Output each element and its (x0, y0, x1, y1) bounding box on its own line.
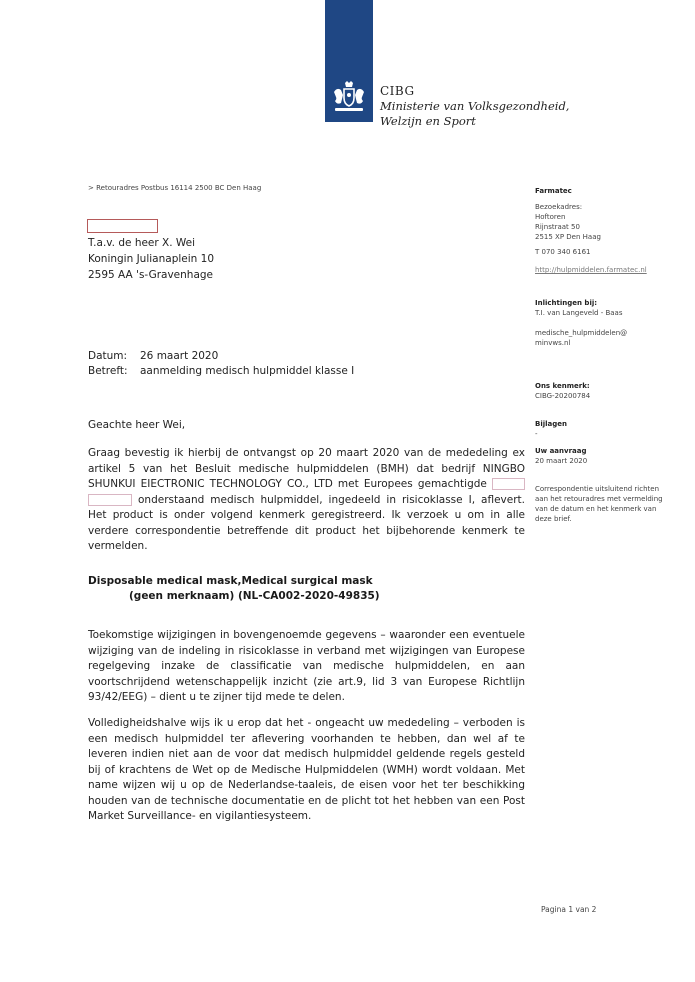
reference-value: CIBG-20200784 (535, 391, 685, 401)
addressee-attention: T.a.v. de heer X. Wei (88, 235, 214, 251)
paragraph-confirmation-part2: onderstaand medisch hulpmiddel, ingedeel… (88, 494, 525, 553)
date-value: 26 maart 2020 (140, 349, 218, 364)
redacted-representative (492, 478, 525, 490)
info-name: T.I. van Langeveld - Baas (535, 308, 685, 318)
attachments-value: - (535, 429, 685, 439)
ministry-logo-bar (325, 0, 373, 122)
sidebar-department: Farmatec Bezoekadres: Hoftoren Rijnstraa… (535, 186, 685, 275)
visit-address-label: Bezoekadres: (535, 202, 685, 212)
redacted-representative-cont (88, 494, 132, 506)
request-value: 20 maart 2020 (535, 456, 685, 466)
product-registration: Disposable medical mask,Medical surgical… (88, 574, 380, 604)
paragraph-legal-notice: Volledigheidshalve wijs ik u erop dat he… (88, 716, 525, 825)
visit-address-line-3: 2515 XP Den Haag (535, 232, 685, 242)
paragraph-confirmation-part1: Graag bevestig ik hierbij de ontvangst o… (88, 447, 525, 490)
product-reference: (geen merknaam) (NL-CA002-2020-49835) (88, 589, 380, 604)
page-number: Pagina 1 van 2 (541, 905, 596, 914)
sidebar-contact: Inlichtingen bij: T.I. van Langeveld - B… (535, 298, 685, 348)
email-line-1: medische_hulpmiddelen@ (535, 328, 685, 338)
return-address: > Retouradres Postbus 16114 2500 BC Den … (88, 184, 261, 192)
addressee-street: Koningin Julianaplein 10 (88, 251, 214, 267)
date-label: Datum: (88, 349, 140, 364)
paragraph-future-changes: Toekomstige wijzigingen in bovengenoemde… (88, 628, 525, 706)
request-label: Uw aanvraag (535, 446, 685, 456)
addressee-block: T.a.v. de heer X. Wei Koningin Julianapl… (88, 235, 214, 283)
salutation: Geachte heer Wei, (88, 419, 185, 431)
department-name: Farmatec (535, 186, 685, 196)
info-label: Inlichtingen bij: (535, 298, 685, 308)
ministry-line-2: Welzijn en Sport (380, 114, 569, 129)
organization-name: CIBG (380, 84, 569, 99)
reference-label: Ons kenmerk: (535, 381, 685, 391)
subject-label: Betreft: (88, 364, 140, 379)
sidebar-attachments: Bijlagen - (535, 419, 685, 439)
letter-meta: Datum: 26 maart 2020 Betreft: aanmelding… (88, 349, 354, 379)
addressee-city: 2595 AA 's-Gravenhage (88, 267, 214, 283)
subject-value: aanmelding medisch hulpmiddel klasse I (140, 364, 354, 379)
visit-address-line-2: Rijnstraat 50 (535, 222, 685, 232)
ministry-line-1: Ministerie van Volksgezondheid, (380, 99, 569, 114)
ministry-name: CIBG Ministerie van Volksgezondheid, Wel… (380, 84, 569, 129)
sidebar-reference: Ons kenmerk: CIBG-20200784 (535, 381, 685, 401)
website-link[interactable]: http://hulpmiddelen.farmatec.nl (535, 265, 685, 275)
redacted-company-name (87, 219, 158, 233)
visit-address-line-1: Hoftoren (535, 212, 685, 222)
correspondence-note: Correspondentie uitsluitend richten aan … (535, 484, 663, 524)
attachments-label: Bijlagen (535, 419, 685, 429)
phone-number: T 070 340 6161 (535, 247, 685, 257)
sidebar-request: Uw aanvraag 20 maart 2020 (535, 446, 685, 466)
dutch-coat-of-arms-icon (331, 80, 367, 114)
paragraph-confirmation: Graag bevestig ik hierbij de ontvangst o… (88, 446, 525, 555)
email-line-2: minvws.nl (535, 338, 685, 348)
product-name: Disposable medical mask,Medical surgical… (88, 574, 380, 589)
